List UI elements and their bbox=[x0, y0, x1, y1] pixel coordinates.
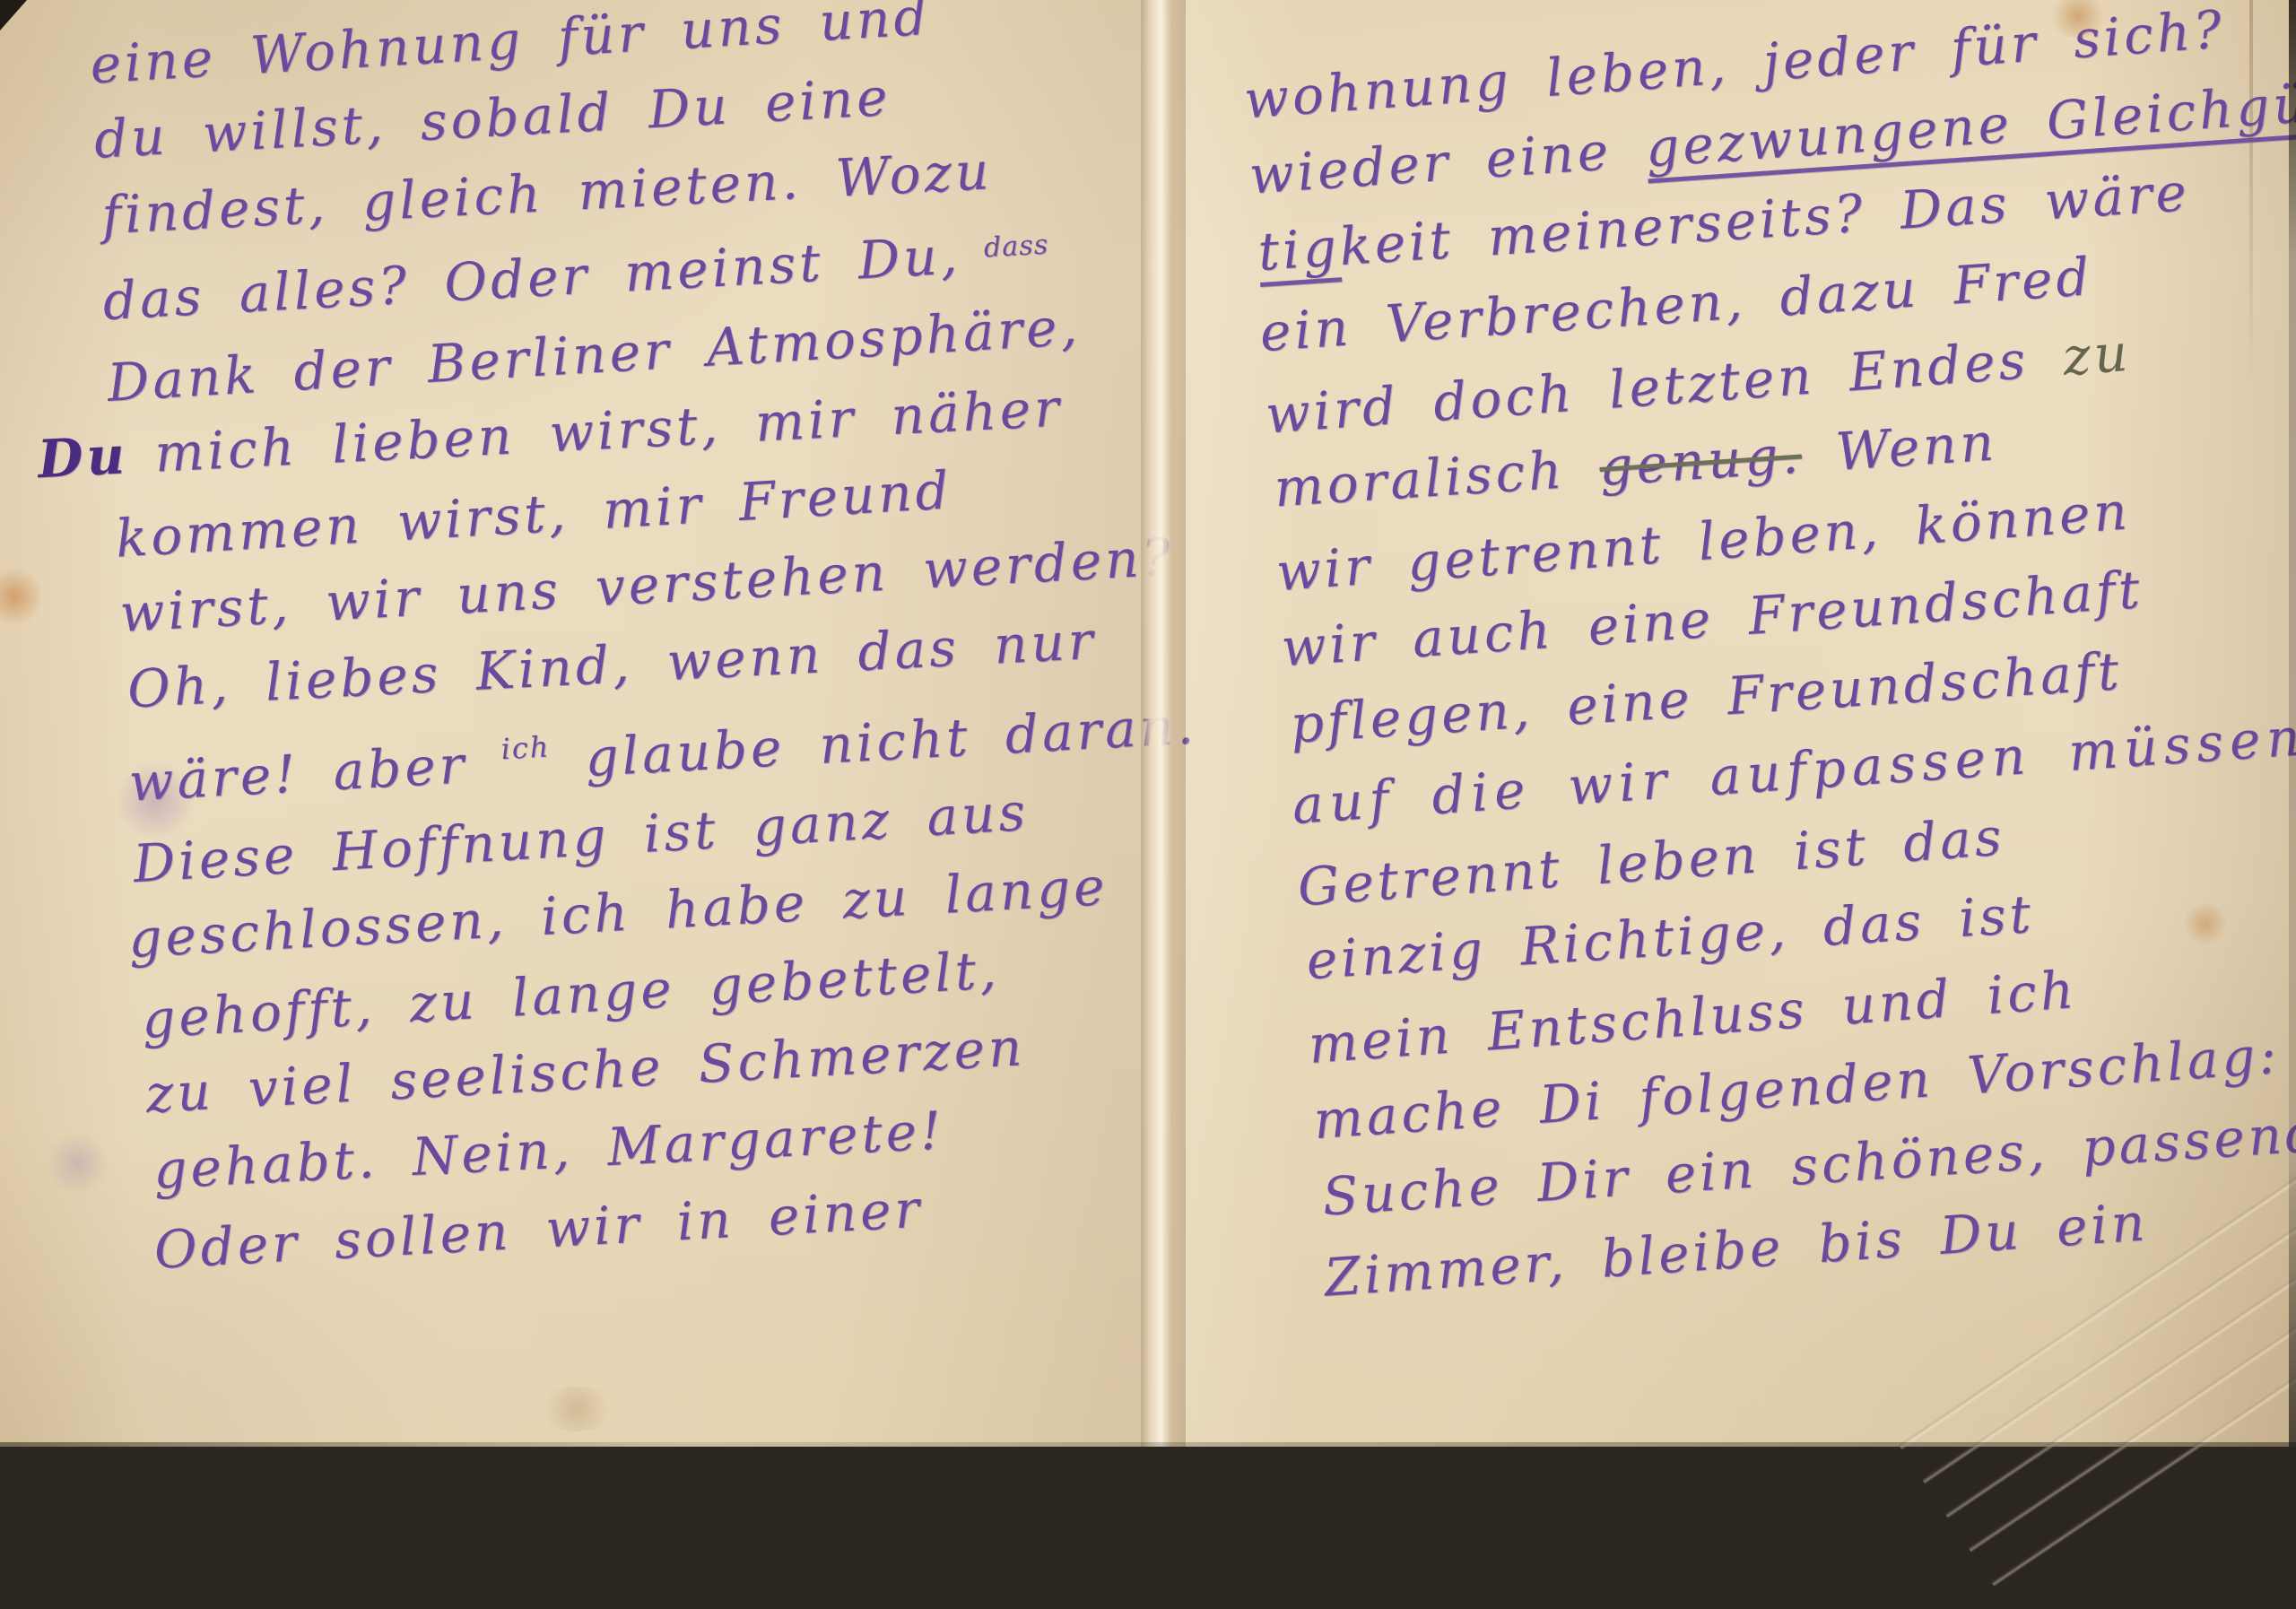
left-page-text: eine Wohnung für uns unddu willst, sobal… bbox=[88, 0, 1231, 1289]
letter-text-segment: Du bbox=[36, 416, 130, 499]
letter-text-segment: ich bbox=[500, 729, 552, 766]
letter-text-segment: zu bbox=[2061, 322, 2134, 387]
letter-scan: eine Wohnung für uns unddu willst, sobal… bbox=[0, 0, 2296, 1447]
letter-paper: eine Wohnung für uns unddu willst, sobal… bbox=[0, 0, 2296, 1447]
letter-page-left: eine Wohnung für uns unddu willst, sobal… bbox=[0, 0, 1141, 1447]
center-fold bbox=[1141, 0, 1186, 1447]
letter-text-segment: Wenn bbox=[1799, 411, 1998, 484]
letter-text-segment: tig bbox=[1257, 216, 1342, 283]
letter-text-segment: wäre! aber bbox=[127, 732, 503, 813]
letter-text-segment: dass bbox=[960, 229, 1050, 265]
scan-corner-shadow bbox=[0, 0, 27, 30]
letter-page-right: wohnung leben, jeder für sich?wieder ein… bbox=[1186, 0, 2296, 1447]
right-page-text: wohnung leben, jeder für sich?wieder ein… bbox=[1241, 0, 2296, 1318]
letter-text-segment: moralisch bbox=[1273, 437, 1602, 518]
scan-edge bbox=[0, 1442, 2296, 1447]
letter-text-segment: genug. bbox=[1597, 424, 1804, 498]
scan-edge bbox=[2289, 0, 2296, 1447]
paper-crease bbox=[2249, 0, 2253, 386]
